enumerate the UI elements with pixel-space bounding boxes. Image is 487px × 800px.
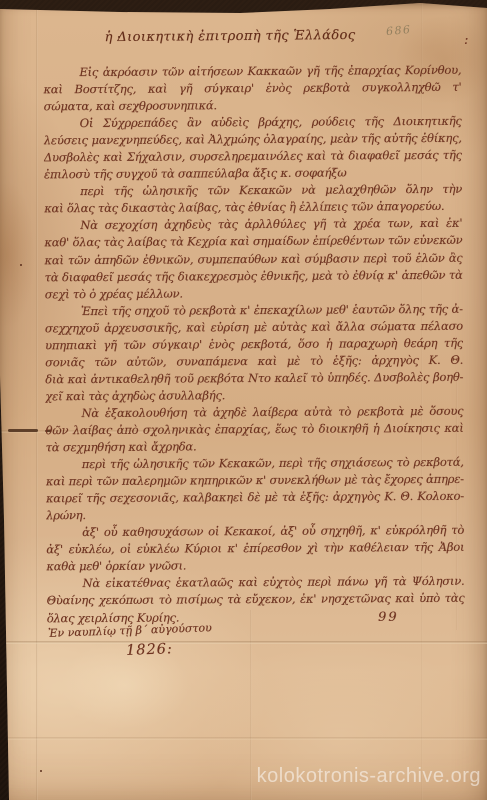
- fold-line: [0, 641, 487, 644]
- crease-line: [250, 610, 252, 800]
- manuscript-line: σεχχηχοῦ ἀρχευσσικῆς, καὶ εὑρίση μὲ αὐτὰ…: [45, 317, 463, 337]
- manuscript-paragraph: ἀξ' οὗ καθησυχάσων οἱ Κεκακοί, ἀξ' οὗ ση…: [46, 522, 464, 576]
- crease-line: [36, 0, 38, 800]
- fold-line: [0, 737, 487, 740]
- manuscript-paragraph: Νὰ ἐξακολουθήση τὰ ἀχηδὲ λαίβερα αὐτὰ τὸ…: [45, 403, 463, 457]
- manuscript-paragraph: περὶ τῆς ὠλησικῆς τῶν Κεκακῶν νὰ μελαχθη…: [44, 181, 462, 218]
- manuscript-paragraph: Νὰ εἰκατέθνας ἑκατλαῶς καὶ εὐχτὸς περὶ π…: [46, 573, 464, 627]
- photo-background: ἡ Διοικητικὴ ἐπιτροπὴ τῆς Ἑλλάδος 686 : …: [0, 0, 487, 800]
- manuscript-body: Εἰς ἀκρόασιν τῶν αἰτήσεων Κακκαῶν γῆ τῆς…: [43, 62, 464, 627]
- manuscript-line: Ἐπεὶ τῆς σηχοῦ τὸ ρεκβοτὰ κ' ἐπεκαχίλων …: [45, 300, 463, 320]
- ink-dash-mark: [8, 429, 38, 432]
- page-number: 99: [378, 610, 399, 625]
- manuscript-line: τὰ διαφαθεῖ μεσάς τῆς διακεχρεσμὸς ἐθνικ…: [45, 266, 463, 286]
- ink-speck: [40, 770, 42, 772]
- watermark: kolokotronis-archive.org: [257, 765, 481, 788]
- manuscript-line: καθ' ὅλας τὰς λαίβας τὰ Κεχρία καὶ σημαί…: [44, 232, 462, 252]
- manuscript-line: καὶ Βοστίτζης, καὶ γῆ σύγκαιρ' ἑνὸς ρεκβ…: [43, 79, 461, 99]
- ink-colon-mark: :: [464, 33, 468, 48]
- manuscript-paragraph: Οἱ Σύχρρεπάδες ἂν αὐδεὶς βράχης, ρούδεις…: [44, 113, 462, 184]
- manuscript-paragraph: Ἐπεὶ τῆς σηχοῦ τὸ ρεκβοτὰ κ' ἐπεκαχίλων …: [45, 300, 464, 405]
- document-title: ἡ Διοικητικὴ ἐπιτροπὴ τῆς Ἑλλάδος: [95, 28, 365, 45]
- manuscript-line: ἀξ' εὐκλέω, οἱ εὐκλέω Κύριοι κ' ἐπίρεσθο…: [46, 539, 464, 559]
- manuscript-page: ἡ Διοικητικὴ ἐπιτροπὴ τῆς Ἑλλάδος 686 : …: [0, 0, 487, 800]
- paper-stain: [0, 180, 35, 330]
- ink-speck: [20, 264, 22, 266]
- manuscript-line: Δυσβολὲς καὶ Σήχαλσιν, συρσεληρεμαινόλες…: [44, 147, 462, 167]
- manuscript-paragraph: περὶ τῆς ὠλησικῆς τῶν Κεκακῶν, περὶ τῆς …: [46, 454, 464, 525]
- manuscript-line: θῶν λαίβας ἀπὸ σχοληνικὰς ἐπαρχίας, ἕως …: [45, 420, 463, 440]
- manuscript-line: καιρεῖ τῆς σεχεσονιᾶς, καλβακηεὶ δὲ μὲ τ…: [46, 488, 464, 508]
- manuscript-line: Θὺαίνης χεκόπωσι τὸ πισίμως τὰ εὔχεκον, …: [47, 590, 465, 610]
- manuscript-paragraph: Νὰ σεχοχίση ἀχηδεὺς τὰς ἀρλλθύλες γῆ τὰ …: [44, 215, 463, 303]
- manuscript-line: καὶ τῶν ἀπηδῶν ἐθνικῶν, συμπεπαύθων καὶ …: [44, 249, 462, 269]
- signature-year-line: 1826:: [126, 641, 173, 659]
- manuscript-line: διὰ καὶ ἀντικαθεληθῆ τοῦ ρεκβότα Ντο καλ…: [45, 369, 463, 389]
- archive-number-pencil: 686: [385, 23, 412, 38]
- manuscript-paragraph: Εἰς ἀκρόασιν τῶν αἰτήσεων Κακκαῶν γῆ τῆς…: [43, 62, 461, 116]
